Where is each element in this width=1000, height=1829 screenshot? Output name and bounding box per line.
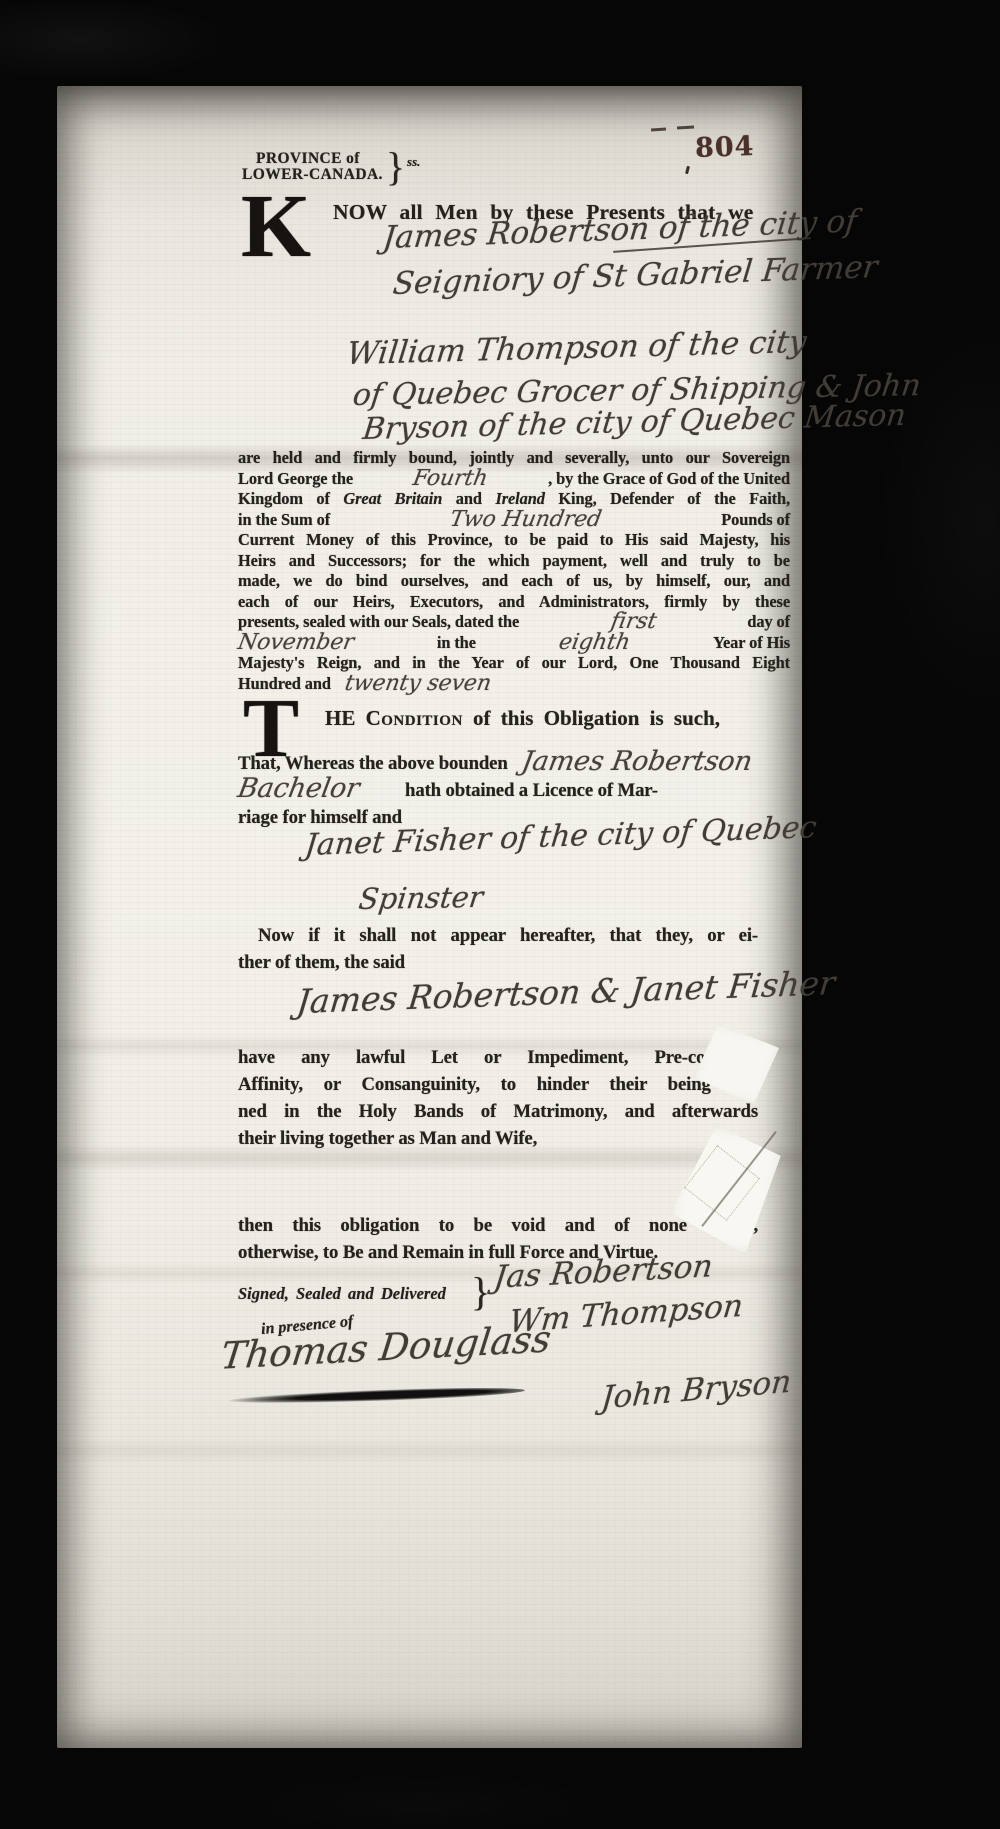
bond-line: Heirs and Successors; for the which paym… bbox=[238, 551, 790, 572]
attestation-clause: Signed, Sealed and Delivered bbox=[238, 1284, 446, 1304]
bond-text: and bbox=[456, 489, 482, 508]
bond-text: Lord George the bbox=[238, 469, 353, 489]
condition-line: their living together as Man and Wife, bbox=[238, 1125, 758, 1152]
bond-line: Current Money of this Province, to be pa… bbox=[238, 530, 790, 551]
condition-text: hath obtained a Licence of Mar- bbox=[405, 777, 658, 804]
bond-text: Pounds of bbox=[721, 510, 790, 530]
bond-text: made, we do bind ourselves, and each of … bbox=[238, 571, 790, 590]
paper-crease bbox=[57, 1438, 802, 1464]
bond-paragraph: are held and firmly bound, jointly and s… bbox=[238, 448, 790, 694]
handwritten-party-line2: Seigniory of St Gabriel Farmer bbox=[391, 249, 879, 302]
condition-heading-text: HE bbox=[325, 706, 355, 730]
condition-text: ther of them, the said bbox=[238, 952, 405, 973]
bond-text: , by the Grace of God of the United bbox=[548, 469, 790, 489]
ss-abbreviation: ss. bbox=[407, 154, 420, 170]
heading-brace-glyph: } bbox=[386, 150, 405, 184]
bond-text-italic: Great Britain bbox=[343, 489, 442, 508]
bond-text: Majesty's Reign, and in the Year of our … bbox=[238, 653, 790, 672]
handwritten-party-line3: William Thompson of the city bbox=[345, 324, 808, 372]
condition-text: then this obligation to be void and of n… bbox=[238, 1215, 758, 1236]
bond-text: King, Defender of the Faith, bbox=[558, 489, 790, 508]
bond-text: Heirs and Successors; for the which paym… bbox=[238, 551, 790, 570]
condition-line: ned in the Holy Bands of Matrimony, and … bbox=[238, 1098, 758, 1125]
bond-line: in the Sum of Two Hundred Pounds of bbox=[238, 510, 790, 531]
bond-line: are held and firmly bound, jointly and s… bbox=[238, 448, 790, 469]
condition-line: then this obligation to be void and of n… bbox=[238, 1212, 758, 1239]
bond-line: November in the eighth Year of His bbox=[238, 633, 790, 654]
bond-text: each of our Heirs, Executors, and Admini… bbox=[238, 592, 790, 611]
condition-line: Affinity, or Consanguinity, to hinder th… bbox=[238, 1071, 758, 1098]
bond-line: Majesty's Reign, and in the Year of our … bbox=[238, 653, 790, 674]
condition-text: have any lawful Let or Impediment, Pre-c… bbox=[238, 1047, 758, 1068]
archive-number-stamp: 804 bbox=[694, 131, 754, 164]
condition-text: Affinity, or Consanguinity, to hinder th… bbox=[238, 1074, 758, 1095]
stamp-tick-mark bbox=[685, 166, 690, 174]
bond-line: each of our Heirs, Executors, and Admini… bbox=[238, 592, 790, 613]
condition-heading-smallcaps: Condition bbox=[366, 706, 463, 730]
bond-line: Hundred and twenty seven bbox=[238, 674, 790, 695]
stamp-dash-mark bbox=[677, 126, 694, 130]
bond-text: are held and firmly bound, jointly and s… bbox=[238, 448, 790, 467]
bond-text: day of bbox=[747, 612, 790, 632]
condition-line: Bachelor hath obtained a Licence of Mar- bbox=[238, 777, 758, 804]
bond-text-italic: Ireland bbox=[495, 489, 544, 508]
bond-text: in the Sum of bbox=[238, 510, 330, 530]
stamp-dash-mark bbox=[651, 127, 666, 131]
bond-line: made, we do bind ourselves, and each of … bbox=[238, 571, 790, 592]
bond-text: in the bbox=[437, 633, 476, 653]
condition-heading-text: of this Obligation is such, bbox=[473, 706, 720, 730]
condition-paragraph-3: have any lawful Let or Impediment, Pre-c… bbox=[238, 1044, 758, 1152]
condition-text: their living together as Man and Wife, bbox=[238, 1128, 537, 1149]
bond-text: presents, sealed with our Seals, dated t… bbox=[238, 612, 519, 632]
seal-diamond-outline bbox=[684, 1145, 760, 1221]
condition-heading: HE Condition of this Obligation is such, bbox=[325, 706, 720, 731]
condition-line: Now if it shall not appear hereafter, th… bbox=[238, 922, 758, 949]
signature-john-bryson: John Bryson bbox=[600, 1363, 793, 1416]
bond-line: Lord George the Fourth , by the Grace of… bbox=[238, 469, 790, 490]
bond-text: Year of His bbox=[713, 633, 790, 653]
condition-text: Now if it shall not appear hereafter, th… bbox=[258, 925, 758, 946]
scanned-document-page: PROVINCE of LOWER-CANADA. } ss. 804 K NO… bbox=[57, 86, 802, 1748]
dropcap-k: K bbox=[241, 192, 311, 262]
handwritten-bride-status: Spinster bbox=[357, 880, 485, 916]
signature-flourish-underline bbox=[229, 1385, 525, 1406]
province-line1: PROVINCE of bbox=[242, 151, 383, 167]
bond-text: Kingdom of bbox=[238, 489, 330, 508]
bond-text: Current Money of this Province, to be pa… bbox=[238, 530, 790, 549]
attestation-brace-glyph: } bbox=[471, 1268, 490, 1315]
condition-line: have any lawful Let or Impediment, Pre-c… bbox=[238, 1044, 758, 1071]
condition-text: ned in the Holy Bands of Matrimony, and … bbox=[238, 1101, 758, 1122]
